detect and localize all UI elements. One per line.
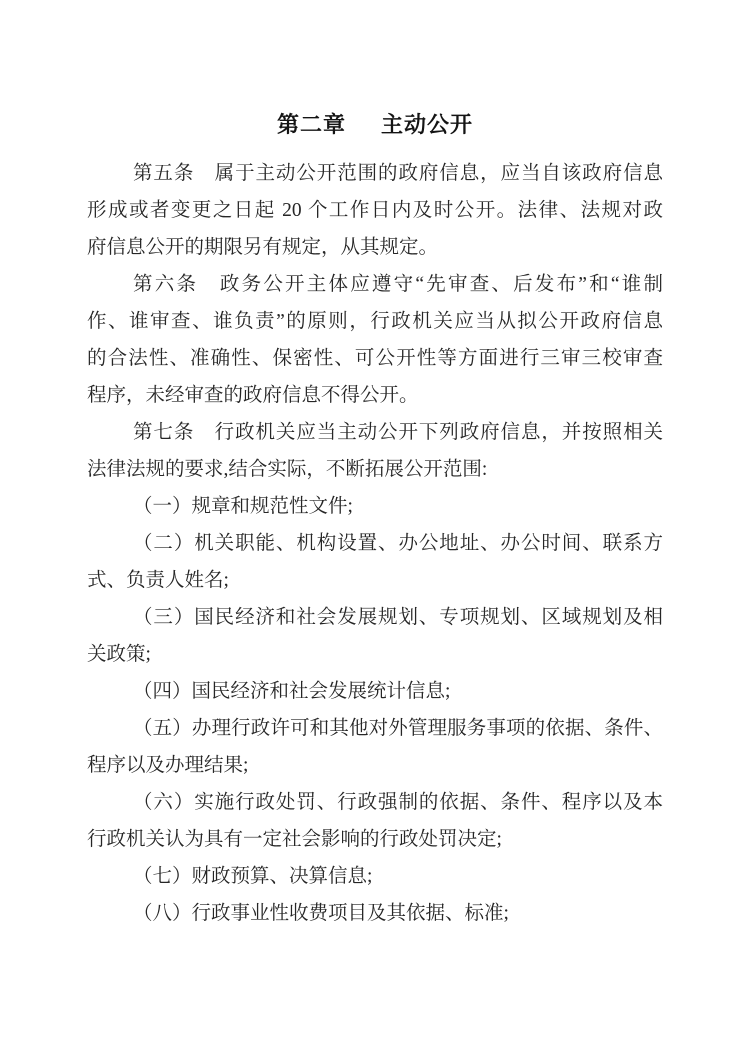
text-line: 程序，未经审查的政府信息不得公开。 — [87, 377, 663, 414]
text-line: （二）机关职能、机构设置、办公地址、办公时间、联系方 — [87, 525, 663, 562]
text-line: （八）行政事业性收费项目及其依据、标准; — [87, 895, 663, 932]
text-line: 形成或者变更之日起 20 个工作日内及时公开。法律、法规对政 — [87, 192, 663, 229]
chapter-number: 第二章 — [277, 108, 346, 142]
text-line: （七）财政预算、决算信息; — [87, 858, 663, 895]
chapter-title: 主动公开 — [381, 108, 473, 142]
text-line: （五）办理行政许可和其他对外管理服务事项的依据、条件、 — [87, 710, 663, 747]
text-line: 第七条 行政机关应当主动公开下列政府信息，并按照相关 — [87, 414, 663, 451]
document-page: 第二章 主动公开 第五条 属于主动公开范围的政府信息，应当自该政府信息形成或者变… — [0, 0, 750, 1061]
text-line: （三）国民经济和社会发展规划、专项规划、区域规划及相 — [87, 599, 663, 636]
text-line: 的合法性、准确性、保密性、可公开性等方面进行三审三校审查 — [87, 340, 663, 377]
text-line: 作、谁审查、谁负责”的原则，行政机关应当从拟公开政府信息 — [87, 303, 663, 340]
text-line: 式、负责人姓名; — [87, 562, 663, 599]
chapter-heading: 第二章 主动公开 — [87, 108, 663, 142]
text-line: （四）国民经济和社会发展统计信息; — [87, 673, 663, 710]
text-line: 行政机关认为具有一定社会影响的行政处罚决定; — [87, 821, 663, 858]
text-line: （六）实施行政处罚、行政强制的依据、条件、程序以及本 — [87, 784, 663, 821]
text-line: 第六条 政务公开主体应遵守“先审查、后发布”和“谁制 — [87, 266, 663, 303]
text-line: 程序以及办理结果; — [87, 747, 663, 784]
text-line: （一）规章和规范性文件; — [87, 488, 663, 525]
text-line: 法律法规的要求,结合实际，不断拓展公开范围: — [87, 451, 663, 488]
text-line: 府信息公开的期限另有规定，从其规定。 — [87, 229, 663, 266]
text-line: 关政策; — [87, 636, 663, 673]
text-line: 第五条 属于主动公开范围的政府信息，应当自该政府信息 — [87, 155, 663, 192]
body-text: 第五条 属于主动公开范围的政府信息，应当自该政府信息形成或者变更之日起 20 个… — [87, 155, 663, 932]
